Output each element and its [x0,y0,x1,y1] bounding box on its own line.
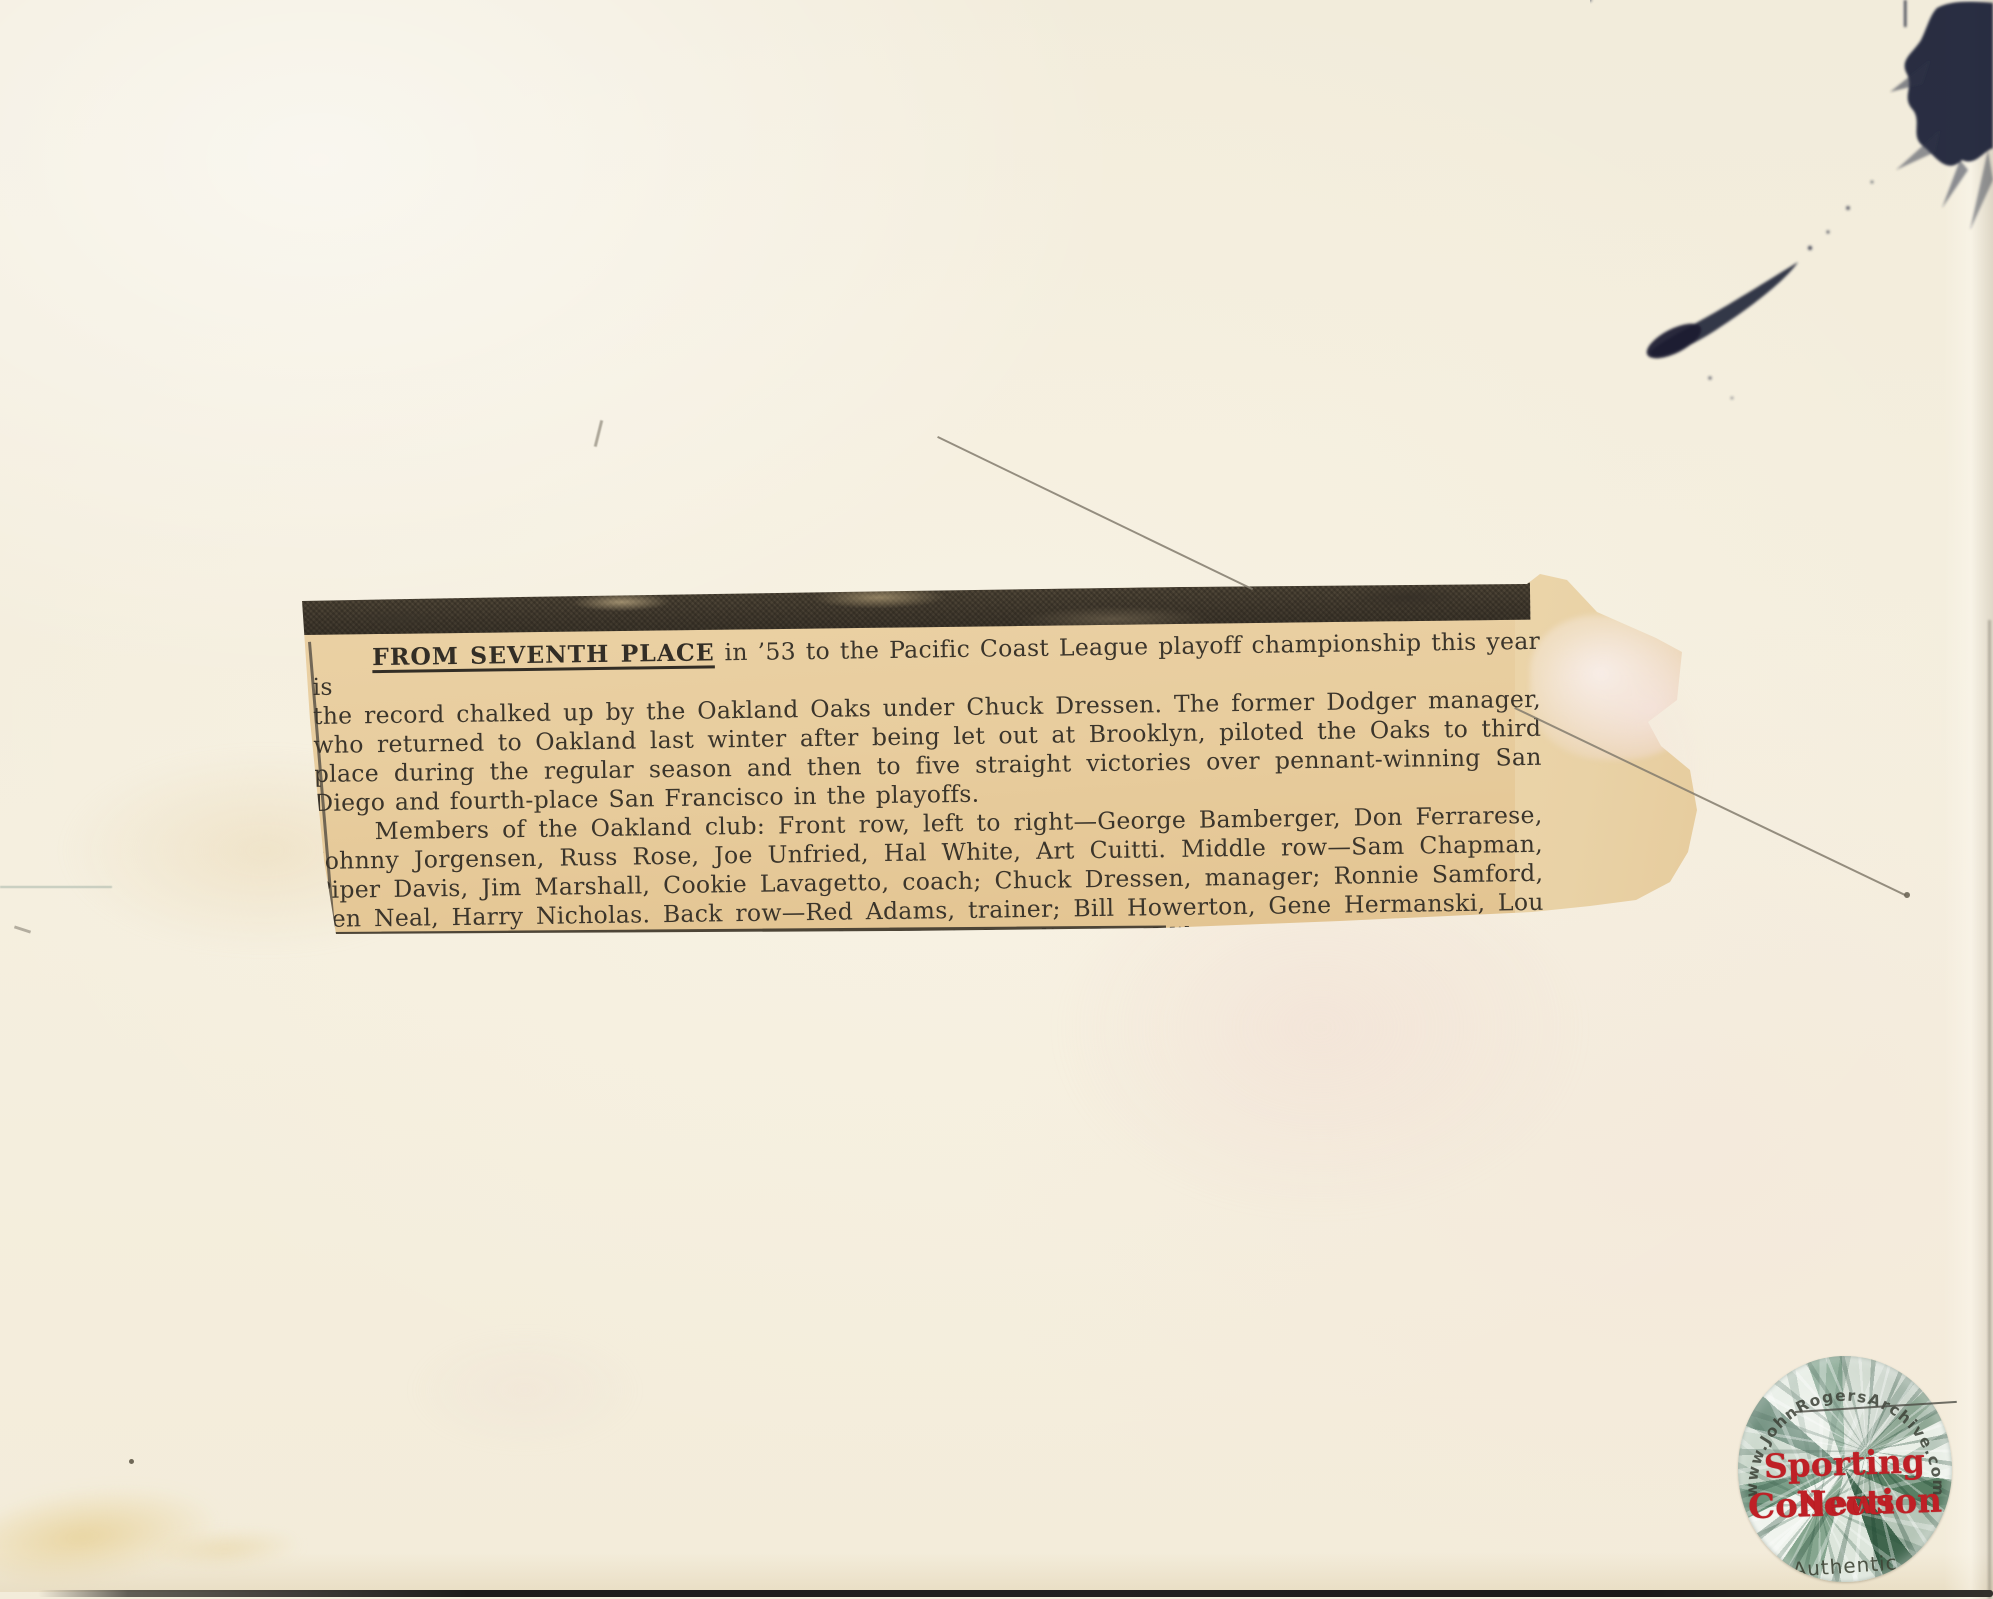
abraded-patch [1530,615,1705,760]
clipping-text: FROM SEVENTH PLACE in ’53 to the Pacific… [312,627,1544,963]
photo-bottom-edge [38,1590,1993,1597]
ink-speck [129,1459,134,1464]
halftone-photo-band [302,583,1530,635]
sticker-brand-line2: Collection [1738,1480,1952,1527]
paper-edge-line [1988,620,1991,1599]
newspaper-clipping: FROM SEVENTH PLACE in ’53 to the Pacific… [280,560,1720,960]
scratch-end-dot [1904,892,1910,898]
paper-stain [149,1527,301,1571]
photo-back-scan: { "clipping": { "heading": "FROM SEVENTH… [0,0,1993,1599]
caption-headline: FROM SEVENTH PLACE [372,638,715,671]
paper-shading [0,1552,1993,1592]
pen-line [1904,0,1907,27]
scratch-line [937,436,1253,590]
paper-stain [0,1473,225,1598]
pen-tick [594,420,603,447]
pencil-dash [14,925,31,933]
crease-mark [0,886,112,888]
authentication-sticker: www.JohnRogersArchive.com Sporting News … [1738,1356,1952,1582]
paper-stain [410,1330,640,1450]
ink-smudge [1590,0,1993,430]
